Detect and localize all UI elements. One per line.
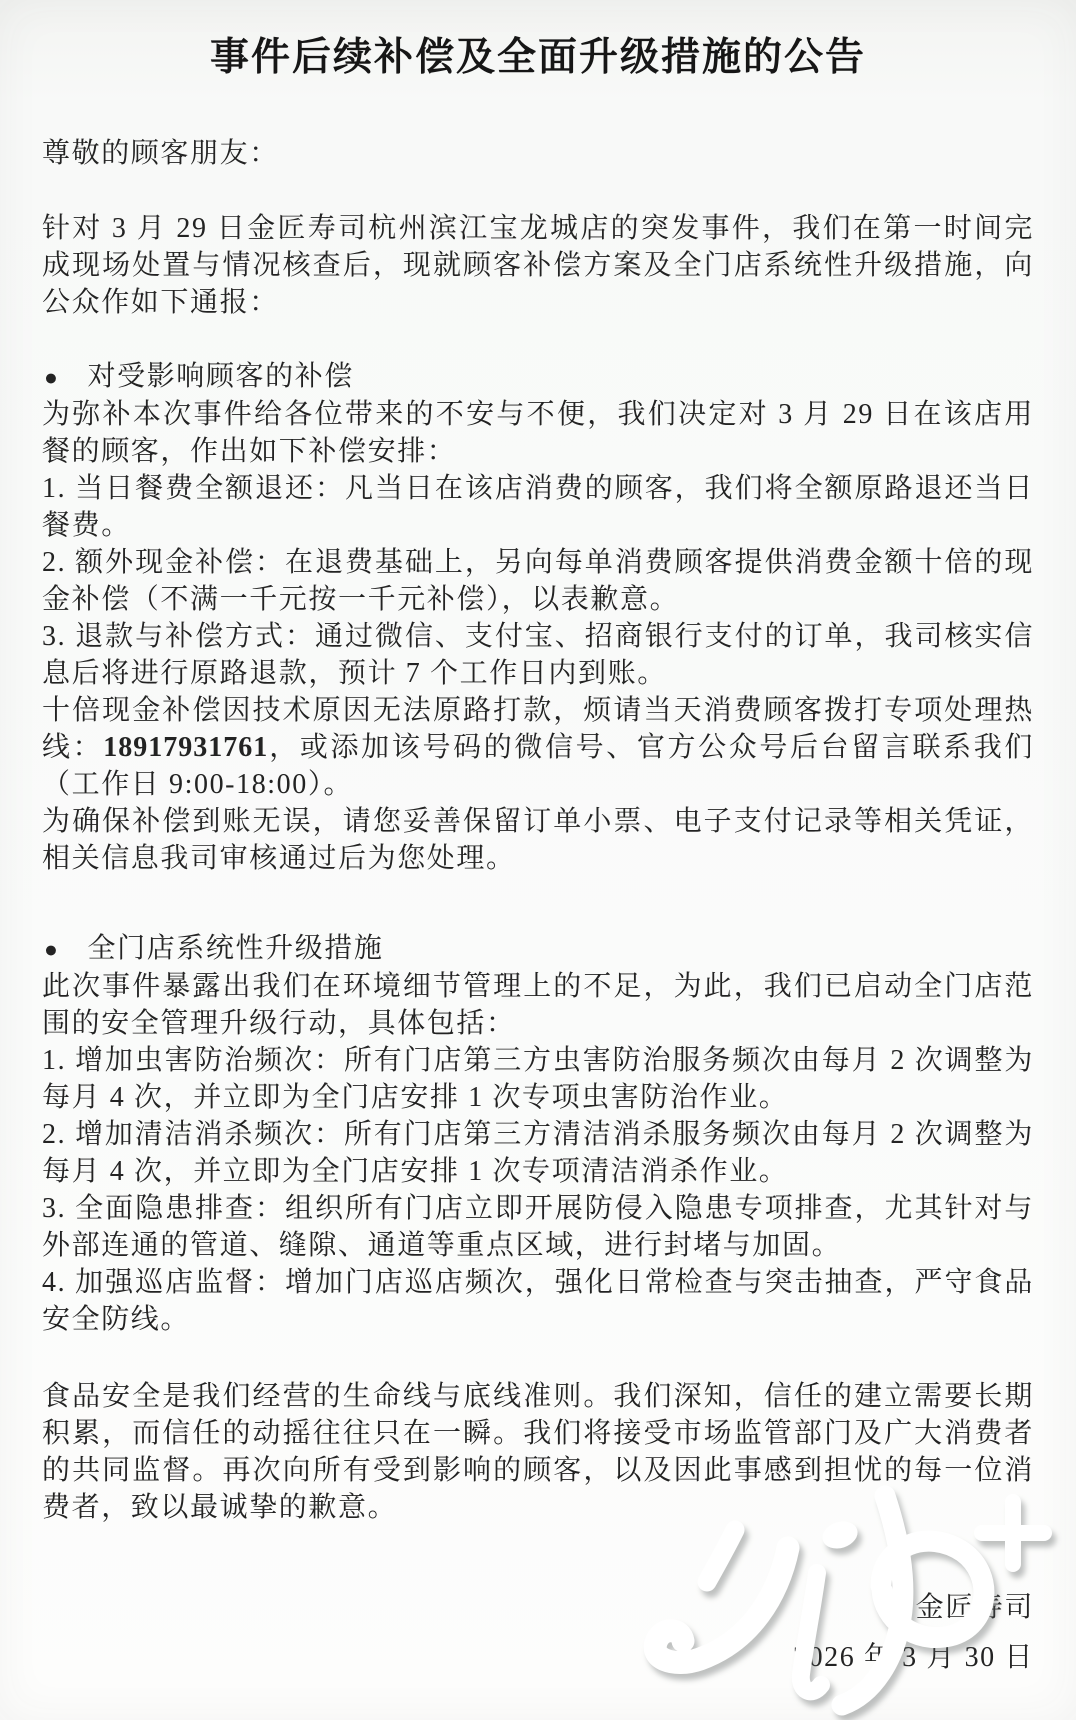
section-heading-upgrade: ● 全门店系统性升级措施 [42, 930, 1034, 968]
bullet-icon: ● [44, 931, 60, 968]
announcement-document: 事件后续补偿及全面升级措施的公告 尊敬的顾客朋友： 针对 3 月 29 日金匠寿… [0, 0, 1076, 1720]
announcement-date: 2026 年 3 月 30 日 [793, 1633, 1034, 1683]
company-signature: 金匠寿司 [793, 1583, 1034, 1633]
evidence-note: 为确保补偿到账无误，请您妥善保留订单小票、电子支付记录等相关凭证，相关信息我司审… [42, 803, 1034, 877]
section-heading-label: 全门店系统性升级措施 [88, 930, 384, 967]
upgrade-item-4: 4. 加强巡店监督：增加门店巡店频次，强化日常检查与突击抽查，严守食品安全防线。 [42, 1264, 1034, 1338]
page-title: 事件后续补偿及全面升级措施的公告 [42, 34, 1034, 82]
compensation-item-1: 1. 当日餐费全额退还：凡当日在该店消费的顾客，我们将全额原路退还当日餐费。 [42, 470, 1034, 544]
signature-block: 金匠寿司 2026 年 3 月 30 日 [793, 1583, 1034, 1683]
section-heading-compensation: ● 对受影响顾客的补偿 [42, 358, 1034, 396]
compensation-item-2: 2. 额外现金补偿：在退费基础上，另向每单消费顾客提供消费金额十倍的现金补偿（不… [42, 544, 1034, 618]
upgrade-item-1: 1. 增加虫害防治频次：所有门店第三方虫害防治服务频次由每月 2 次调整为每月 … [42, 1042, 1034, 1116]
upgrade-item-3: 3. 全面隐患排查：组织所有门店立即开展防侵入隐患专项排查，尤其针对与外部连通的… [42, 1190, 1034, 1264]
intro-paragraph: 针对 3 月 29 日金匠寿司杭州滨江宝龙城店的突发事件，我们在第一时间完成现场… [42, 210, 1034, 321]
salutation: 尊敬的顾客朋友： [42, 135, 1034, 172]
upgrade-item-2: 2. 增加清洁消杀频次：所有门店第三方清洁消杀服务频次由每月 2 次调整为每月 … [42, 1116, 1034, 1190]
compensation-item-3: 3. 退款与补偿方式：通过微信、支付宝、招商银行支付的订单，我司核实信息后将进行… [42, 618, 1034, 692]
section-heading-label: 对受影响顾客的补偿 [88, 358, 354, 395]
upgrade-lead: 此次事件暴露出我们在环境细节管理上的不足，为此，我们已启动全门店范围的安全管理升… [42, 968, 1034, 1042]
closing-paragraph: 食品安全是我们经营的生命线与底线准则。我们深知，信任的建立需要长期积累，而信任的… [42, 1378, 1034, 1526]
compensation-lead: 为弥补本次事件给各位带来的不安与不便，我们决定对 3 月 29 日在该店用餐的顾… [42, 396, 1034, 470]
hotline-paragraph: 十倍现金补偿因技术原因无法原路打款，烦请当天消费顾客拨打专项处理热线：18917… [42, 692, 1034, 803]
hotline-phone-number: 18917931761 [103, 732, 268, 763]
bullet-icon: ● [44, 359, 60, 396]
